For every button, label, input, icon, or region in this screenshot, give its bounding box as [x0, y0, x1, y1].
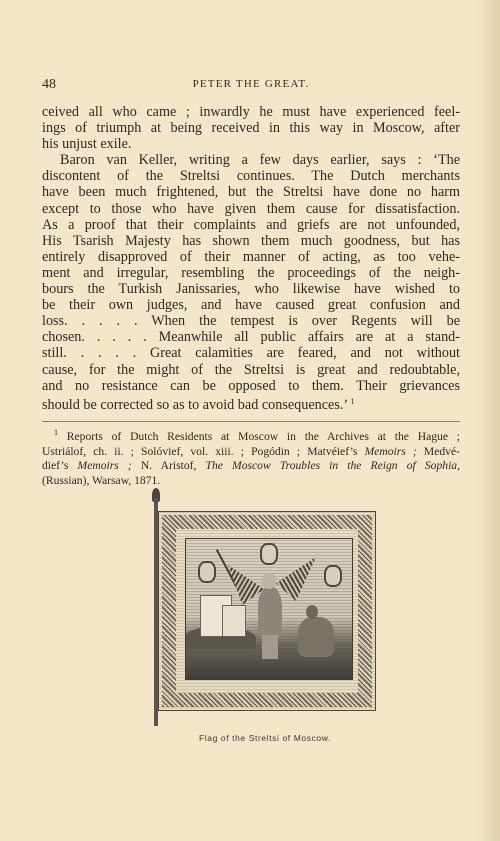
text-line: cause, for the might of the Streltsi is …: [42, 362, 460, 378]
text-line: still. . . . . Great calamities are fear…: [42, 345, 460, 361]
medallion-right-icon: [324, 565, 342, 587]
footnote-line: Ustriálof, ch. ii. ; Solóvief, vol. xiii…: [42, 445, 460, 460]
medallion-top-icon: [260, 543, 278, 565]
text-line: His Tsarish Majesty has shown them much …: [42, 233, 460, 249]
footnote-line: dief’s Memoirs ; N. Aristof, The Moscow …: [42, 459, 460, 474]
text-line: discontent of the Streltsi continues. Th…: [42, 168, 460, 184]
figure-caption: Flag of the Streltsi of Moscow.: [152, 733, 378, 743]
kneeling-figure: [298, 617, 334, 657]
footnote-line: (Russian), Warsaw, 1871.: [42, 474, 460, 489]
footnote-text: dief’s: [42, 459, 78, 472]
kneeling-figure-head: [306, 605, 318, 619]
running-head: 48 PETER THE GREAT.: [42, 77, 460, 93]
castle-building: [222, 605, 246, 637]
flag-banner: [158, 511, 376, 711]
text-line: entirely disapproved of their manner of …: [42, 249, 460, 265]
page-edge-shadow: [478, 0, 500, 841]
text-line: As a proof that their complaints and gri…: [42, 217, 460, 233]
footnote-italic-title: The Moscow Troubles in the Reign of Soph…: [206, 459, 458, 472]
archangel-legs: [262, 635, 278, 659]
footnote-text: ,: [457, 459, 460, 472]
text-line: have been much frightened, but the Strel…: [42, 184, 460, 200]
text-line: except to those who have given them caus…: [42, 201, 460, 217]
text-line: Baron van Keller, writing a few days ear…: [42, 152, 460, 168]
footnote-italic-title: Memoirs ;: [78, 459, 132, 472]
engraved-scene: [185, 538, 353, 680]
body-text: ceived all who came ; inwardly he must h…: [42, 104, 460, 413]
medallion-left-icon: [198, 561, 216, 583]
footnote-reference[interactable]: 1: [351, 397, 355, 406]
footnote-line: 1 Reports of Dutch Residents at Moscow i…: [42, 426, 460, 445]
text-line: his unjust exile.: [42, 136, 460, 152]
text-line: ment and irregular, resembling the proce…: [42, 265, 460, 281]
footnote-text: Reports of Dutch Residents at Moscow in …: [67, 430, 460, 443]
text-line: loss. . . . . When the tempest is over R…: [42, 313, 460, 329]
running-title: PETER THE GREAT.: [42, 78, 460, 90]
text-line-last: should be corrected so as to avoid bad c…: [42, 394, 460, 413]
footnote-text: N. Aristof,: [132, 459, 206, 472]
footnote-text: Medvé-: [417, 445, 460, 458]
text-line: be their own judges, and have caused gre…: [42, 297, 460, 313]
footnote-marker: 1: [54, 428, 58, 437]
text-line: ceived all who came ; inwardly he must h…: [42, 104, 460, 120]
archangel-head: [262, 573, 276, 589]
archangel-figure: [258, 587, 282, 637]
flag-illustration: [152, 488, 378, 726]
footnote-divider: [42, 421, 460, 422]
text-line: chosen. . . . . Meanwhile all public aff…: [42, 329, 460, 345]
footnote: 1 Reports of Dutch Residents at Moscow i…: [42, 426, 460, 488]
text-line-content: should be corrected so as to avoid bad c…: [42, 397, 347, 413]
footnote-italic-title: Memoirs ;: [365, 445, 417, 458]
footnote-text: Ustriálof, ch. ii. ; Solóvief, vol. xiii…: [42, 445, 365, 458]
text-line: and no resistance can be opposed to them…: [42, 378, 460, 394]
text-line: bours the Turkish Janissaries, who likew…: [42, 281, 460, 297]
text-line: ings of triumph at being received in thi…: [42, 120, 460, 136]
